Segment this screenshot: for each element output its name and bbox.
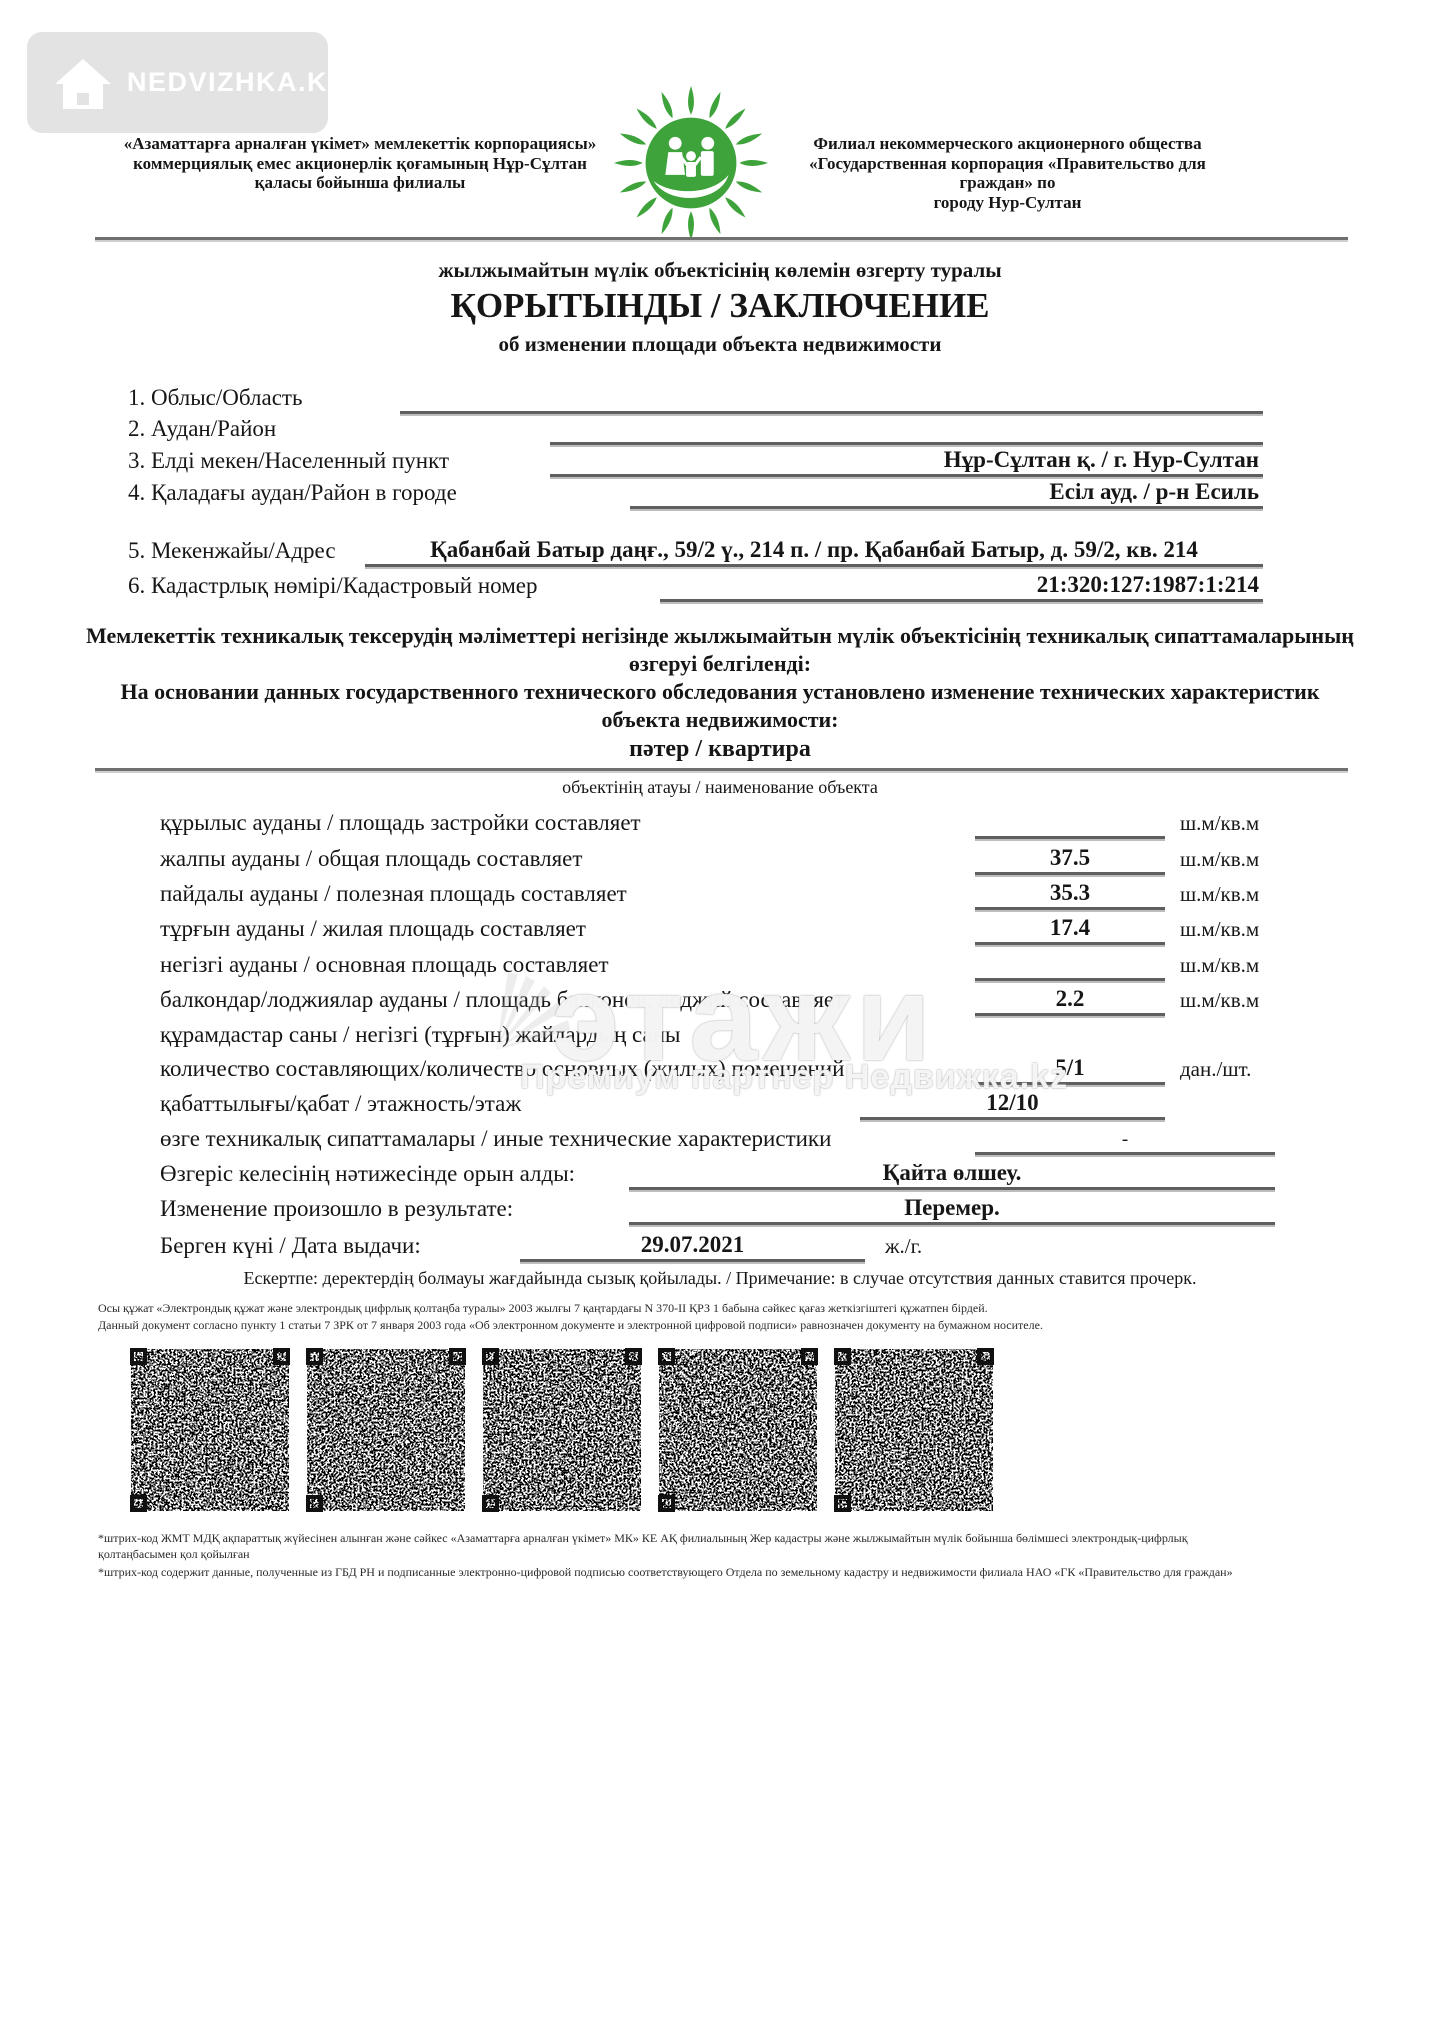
issue-date-underline: 29.07.2021 [520, 1228, 865, 1262]
statement-kz: Мемлекеттік техникалық тексерудің мәліме… [80, 622, 1360, 678]
field-label: 5. Мекенжайы/Адрес [128, 538, 336, 564]
footnote-dash-note: Ескертпе: деректердің болмауы жағдайында… [0, 1268, 1440, 1289]
char-unit: ш.м/кв.м [1180, 847, 1259, 872]
char-unit: ш.м/кв.м [1180, 811, 1259, 836]
char-row: Өзгеріс келесінің нәтижесінде орын алды:… [0, 1156, 1440, 1190]
char-unit: ш.м/кв.м [1180, 953, 1259, 978]
field-row-oblast: 1. Облыс/Область [0, 380, 1440, 414]
char-value: 12/10 [986, 1090, 1038, 1117]
char-unit: ш.м/кв.м [1180, 882, 1259, 907]
char-value: 5/1 [1055, 1055, 1084, 1082]
field-underline [400, 380, 1263, 414]
char-underline: - [975, 1121, 1275, 1155]
char-label: балкондар/лоджиялар ауданы / площадь бал… [160, 987, 844, 1013]
issue-date-label: Берген күні / Дата выдачи: [160, 1233, 421, 1259]
header-right-line1: Филиал некоммерческого акционерного обще… [780, 134, 1235, 154]
document-page: NEDVIZHKA.KZ «Азаматтарға арналған үкіме… [0, 0, 1440, 2038]
header-left-line1: «Азаматтарға арналған үкімет» мемлекетті… [110, 134, 610, 154]
issue-date-row: Берген күні / Дата выдачи: 29.07.2021 ж.… [0, 1228, 1440, 1262]
house-icon [51, 51, 115, 115]
qr-barcode-1 [130, 1348, 290, 1512]
object-type-caption: объектінің атауы / наименование объекта [0, 777, 1440, 798]
char-row: жалпы ауданы / общая площадь составляет … [0, 841, 1440, 875]
char-underline: Перемер. [629, 1191, 1275, 1225]
field-value: 21:320:127:1987:1:214 [1037, 572, 1263, 599]
field-underline: Нұр-Сұлтан қ. / г. Нур-Султан [550, 443, 1263, 477]
field-row-cadastre-number: 6. Кадастрлық нөмірі/Кадастровый номер 2… [0, 568, 1440, 602]
field-label: 3. Елді мекен/Населенный пункт [128, 448, 449, 474]
char-row: негізгі ауданы / основная площадь состав… [0, 947, 1440, 981]
field-underline: 21:320:127:1987:1:214 [660, 568, 1263, 602]
char-underline: 2.2 [975, 982, 1165, 1016]
legal-note-ru: Данный документ согласно пункту 1 статьи… [98, 1317, 1263, 1333]
field-underline [550, 411, 1263, 445]
field-underline: Қабанбай Батыр даңғ., 59/2 ү., 214 п. / … [365, 533, 1263, 567]
title-main: ҚОРЫТЫНДЫ / ЗАКЛЮЧЕНИЕ [0, 286, 1440, 326]
object-type-divider [95, 768, 1348, 773]
issue-date-value: 29.07.2021 [641, 1232, 745, 1259]
qr-barcode-3 [482, 1348, 642, 1512]
char-row: Изменение произошло в результате: Переме… [0, 1191, 1440, 1225]
qr-barcode-4 [658, 1348, 818, 1512]
field-value: Есіл ауд. / р-н Есиль [1049, 479, 1263, 506]
nedvizhka-badge: NEDVIZHKA.KZ [27, 32, 328, 133]
char-label: жалпы ауданы / общая площадь составляет [160, 846, 582, 872]
char-underline: Қайта өлшеу. [629, 1156, 1275, 1190]
field-label: 6. Кадастрлық нөмірі/Кадастровый номер [128, 573, 538, 599]
header-org-kazakh: «Азаматтарға арналған үкімет» мемлекетті… [110, 134, 610, 193]
header-right-line3: городу Нур-Султан [780, 193, 1235, 213]
char-label: количество составляющих/количество основ… [160, 1056, 844, 1082]
field-row-settlement: 3. Елді мекен/Населенный пункт Нұр-Сұлта… [0, 443, 1440, 477]
char-row: қабаттылығы/қабат / этажность/этаж 12/10 [0, 1086, 1440, 1120]
char-row: құрамдастар саны / негізгі (тұрғын) жайл… [0, 1017, 1440, 1051]
field-row-address: 5. Мекенжайы/Адрес Қабанбай Батыр даңғ.,… [0, 533, 1440, 567]
field-value: Нұр-Сұлтан қ. / г. Нур-Султан [944, 447, 1263, 474]
government-for-citizens-sun-logo [612, 84, 770, 242]
field-label: 4. Қаладағы аудан/Район в городе [128, 480, 457, 506]
field-row-city-district: 4. Қаладағы аудан/Район в городе Есіл ау… [0, 475, 1440, 509]
field-row-raion: 2. Аудан/Район [0, 411, 1440, 445]
header-divider [95, 237, 1348, 242]
field-label: 1. Облыс/Область [128, 385, 302, 411]
header-left-line2: коммерциялық емес акционерлік қоғамының … [110, 154, 610, 174]
char-row: балкондар/лоджиялар ауданы / площадь бал… [0, 982, 1440, 1016]
char-label: өзге техникалық сипаттамалары / иные тех… [160, 1126, 831, 1152]
char-unit: ш.м/кв.м [1180, 988, 1259, 1013]
legal-note-kz: Осы құжат «Электрондық құжат және электр… [98, 1300, 1263, 1316]
char-underline: 37.5 [975, 841, 1165, 875]
char-row: пайдалы ауданы / полезная площадь состав… [0, 876, 1440, 910]
char-label: Өзгеріс келесінің нәтижесінде орын алды: [160, 1161, 575, 1187]
char-underline: 35.3 [975, 876, 1165, 910]
char-label: пайдалы ауданы / полезная площадь состав… [160, 881, 627, 907]
char-underline [975, 947, 1165, 981]
char-underline: 5/1 [975, 1051, 1165, 1085]
header-right-line2: «Государственная корпорация «Правительст… [780, 154, 1235, 193]
char-label: Изменение произошло в результате: [160, 1196, 513, 1222]
char-underline [975, 805, 1165, 839]
char-value: 37.5 [1050, 845, 1090, 872]
title-kz: жылжымайтын мүлік объектісінің көлемін ө… [0, 258, 1440, 283]
char-row: количество составляющих/количество основ… [0, 1051, 1440, 1085]
title-ru: об изменении площади объекта недвижимост… [0, 332, 1440, 357]
statement-ru: На основании данных государственного тех… [80, 678, 1360, 734]
barcode-note-block: *штрих-код ЖМТ МДҚ ақпараттық жүйесінен … [98, 1530, 1263, 1582]
barcode-note-kz: *штрих-код ЖМТ МДҚ ақпараттық жүйесінен … [98, 1530, 1263, 1562]
char-underline: 17.4 [975, 911, 1165, 945]
qr-barcode-5 [834, 1348, 994, 1512]
char-unit: дан./шт. [1180, 1057, 1251, 1082]
field-value: Қабанбай Батыр даңғ., 59/2 ү., 214 п. / … [430, 537, 1198, 564]
char-value: - [1122, 1129, 1128, 1152]
char-value: 2.2 [1056, 986, 1085, 1013]
char-value: Перемер. [904, 1195, 1000, 1222]
char-row: өзге техникалық сипаттамалары / иные тех… [0, 1121, 1440, 1155]
char-value: 35.3 [1050, 880, 1090, 907]
char-unit: ш.м/кв.м [1180, 917, 1259, 942]
field-label: 2. Аудан/Район [128, 416, 276, 442]
char-row: тұрғын ауданы / жилая площадь составляет… [0, 911, 1440, 945]
char-label: құрылыс ауданы / площадь застройки соста… [160, 810, 641, 836]
char-value: Қайта өлшеу. [883, 1160, 1022, 1187]
char-label: тұрғын ауданы / жилая площадь составляет [160, 916, 586, 942]
issue-date-unit: ж./г. [885, 1234, 922, 1259]
header-org-russian: Филиал некоммерческого акционерного обще… [780, 134, 1235, 212]
char-label: қабаттылығы/қабат / этажность/этаж [160, 1091, 521, 1117]
badge-label: NEDVIZHKA.KZ [127, 67, 346, 98]
qr-barcode-2 [306, 1348, 466, 1512]
object-type-value: пәтер / квартира [0, 736, 1440, 763]
header-left-line3: қаласы бойынша филиалы [110, 173, 610, 193]
char-value: 17.4 [1050, 915, 1090, 942]
field-underline: Есіл ауд. / р-н Есиль [630, 475, 1263, 509]
char-label: құрамдастар саны / негізгі (тұрғын) жайл… [160, 1022, 680, 1048]
char-underline: 12/10 [860, 1086, 1165, 1120]
barcode-note-ru: *штрих-код содержит данные, полученные и… [98, 1564, 1263, 1580]
char-row: құрылыс ауданы / площадь застройки соста… [0, 805, 1440, 839]
char-label: негізгі ауданы / основная площадь состав… [160, 952, 609, 978]
